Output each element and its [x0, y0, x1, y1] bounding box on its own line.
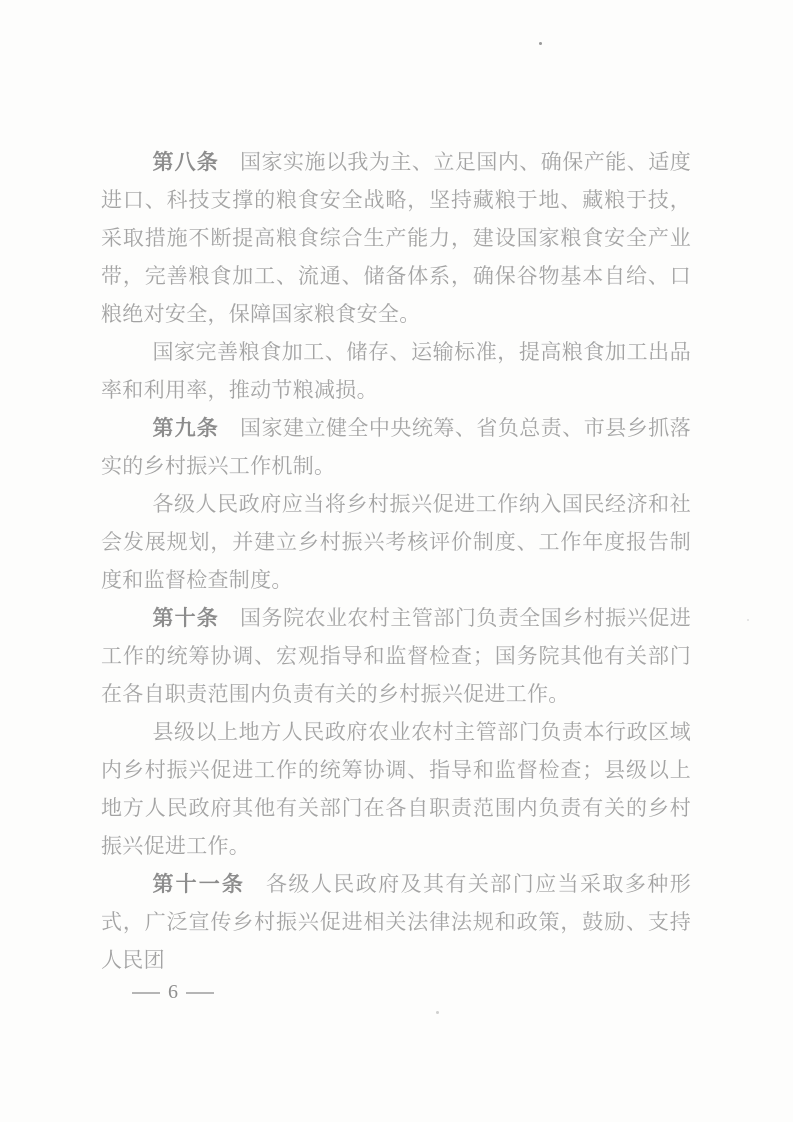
scan-speck — [747, 619, 749, 621]
scan-speck — [539, 42, 542, 45]
paragraph-text: 县级以上地方人民政府农业农村主管部门负责本行政区域内乡村振兴促进工作的统筹协调、… — [101, 720, 691, 858]
article-number: 第十条 — [152, 606, 219, 630]
paragraph-text: 国家实施以我为主、立足国内、确保产能、适度进口、科技支撑的粮食安全战略，坚持藏粮… — [101, 150, 691, 326]
page-number: 6 — [168, 981, 178, 1004]
paragraph: 县级以上地方人民政府农业农村主管部门负责本行政区域内乡村振兴促进工作的统筹协调、… — [101, 713, 691, 865]
paragraph-text: 国家完善粮食加工、储存、运输标准，提高粮食加工出品率和利用率，推动节粮减损。 — [101, 340, 691, 402]
paragraph: 第十一条各级人民政府及其有关部门应当采取多种形式，广泛宣传乡村振兴促进相关法律法… — [101, 865, 691, 979]
article-number: 第八条 — [152, 150, 219, 174]
paragraph: 第十条国务院农业农村主管部门负责全国乡村振兴促进工作的统筹协调、宏观指导和监督检… — [101, 599, 691, 713]
article-number: 第九条 — [152, 416, 219, 440]
paragraph: 第八条国家实施以我为主、立足国内、确保产能、适度进口、科技支撑的粮食安全战略，坚… — [101, 143, 691, 333]
paragraph: 第九条国家建立健全中央统筹、省负总责、市县乡抓落实的乡村振兴工作机制。 — [101, 409, 691, 485]
paragraph: 各级人民政府应当将乡村振兴促进工作纳入国民经济和社会发展规划，并建立乡村振兴考核… — [101, 485, 691, 599]
footer-right-dash — [186, 992, 214, 994]
page-footer: 6 — [132, 981, 214, 1004]
paragraph: 国家完善粮食加工、储存、运输标准，提高粮食加工出品率和利用率，推动节粮减损。 — [101, 333, 691, 409]
document-body: 第八条国家实施以我为主、立足国内、确保产能、适度进口、科技支撑的粮食安全战略，坚… — [101, 143, 691, 979]
scanned-document-page: 第八条国家实施以我为主、立足国内、确保产能、适度进口、科技支撑的粮食安全战略，坚… — [0, 0, 793, 1122]
footer-left-dash — [132, 992, 160, 994]
article-number: 第十一条 — [152, 872, 245, 896]
scan-speck — [436, 1011, 439, 1014]
paragraph-text: 各级人民政府应当将乡村振兴促进工作纳入国民经济和社会发展规划，并建立乡村振兴考核… — [101, 492, 691, 592]
